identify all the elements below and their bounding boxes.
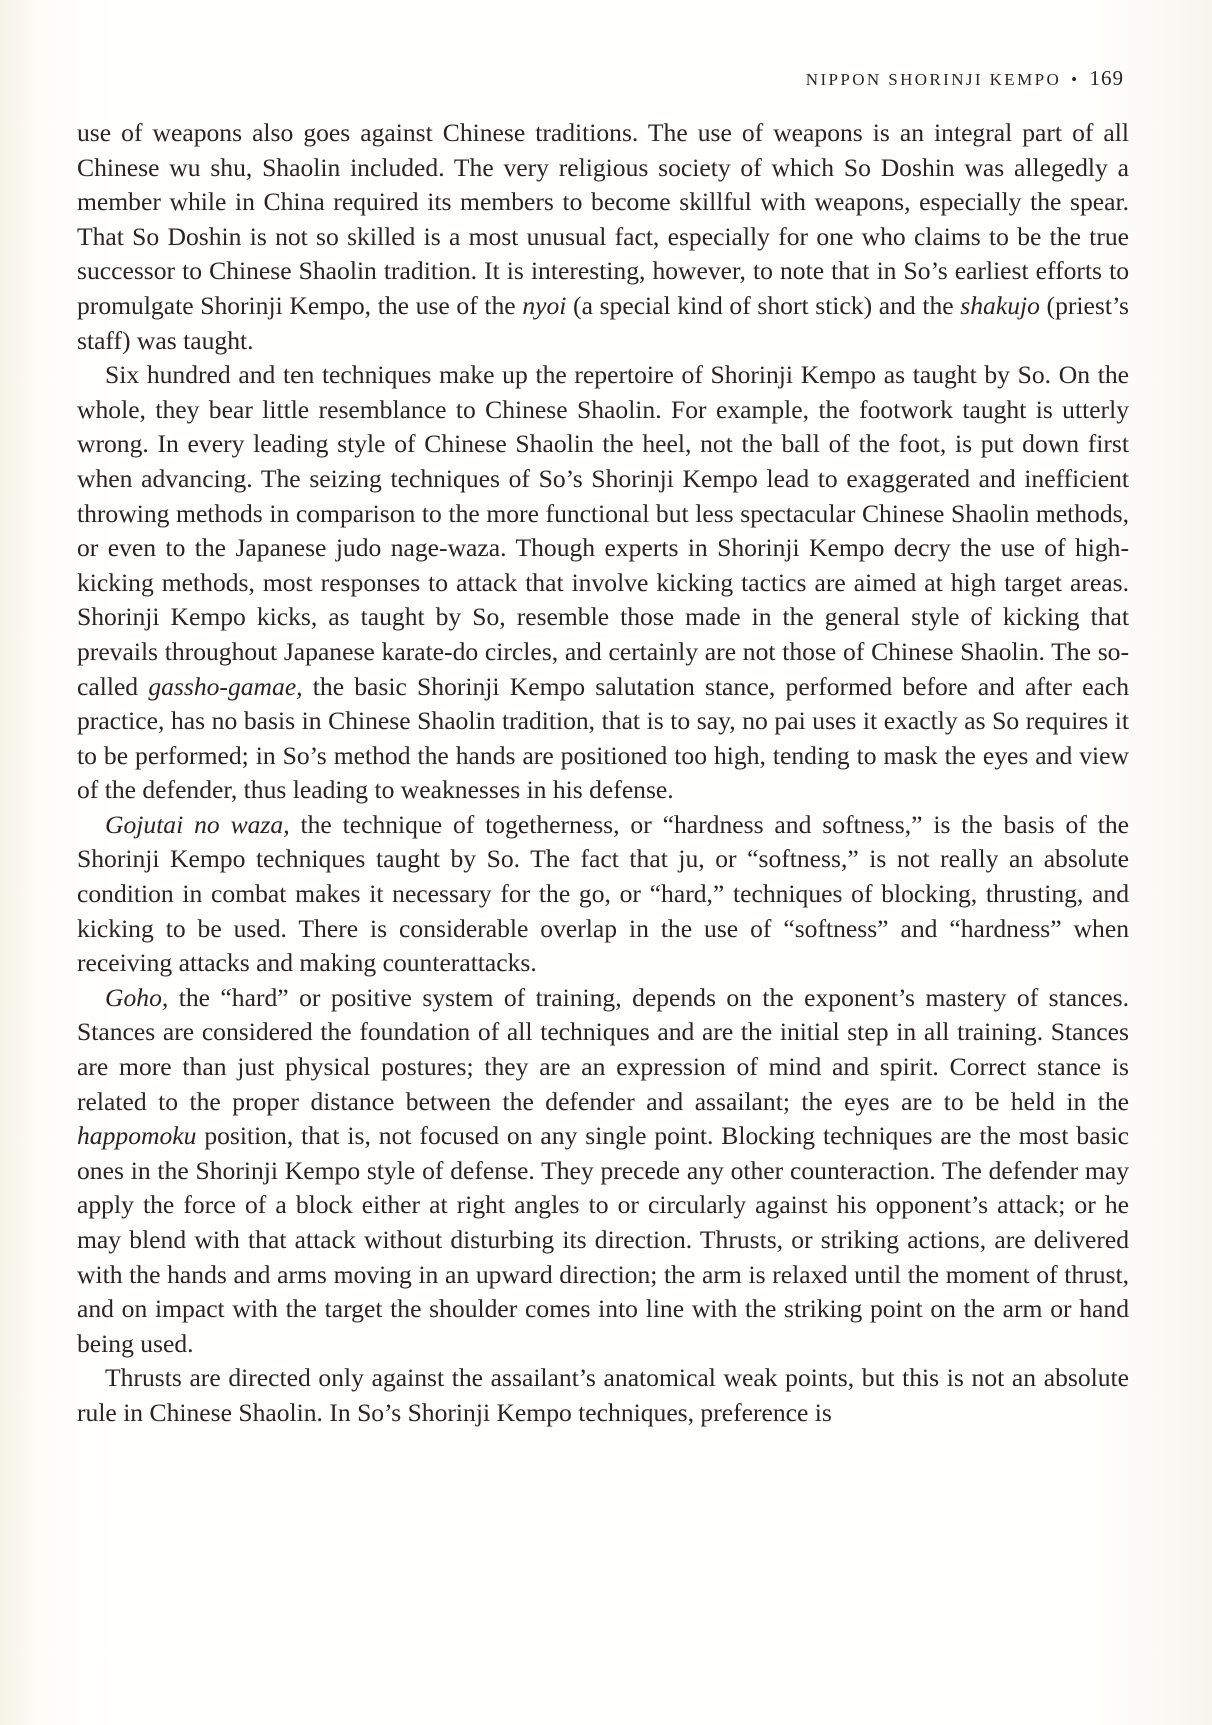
paragraph: Goho, the “hard” or positive system of t… (77, 981, 1129, 1362)
text-run: (a special kind of short stick) and the (566, 291, 960, 320)
body-text: use of weapons also goes against Chinese… (77, 116, 1129, 1431)
italic-term: shakujo (960, 291, 1040, 320)
paragraph: Six hundred and ten techniques make up t… (77, 358, 1129, 808)
paragraph: Gojutai no waza, the technique of togeth… (77, 808, 1129, 981)
text-run: the “hard” or positive system of trainin… (77, 983, 1129, 1116)
text-run: use of weapons also goes against Chinese… (77, 118, 1129, 320)
italic-term: nyoi (522, 291, 566, 320)
italic-term: Goho, (105, 983, 168, 1012)
paragraph: use of weapons also goes against Chinese… (77, 116, 1129, 358)
text-run: Six hundred and ten techniques make up t… (77, 360, 1129, 700)
paragraph: Thrusts are directed only against the as… (77, 1361, 1129, 1430)
page-number: 169 (1090, 66, 1125, 90)
book-page: NIPPON SHORINJI KEMPO•169 use of weapons… (0, 0, 1212, 1725)
text-run: position, that is, not focused on any si… (77, 1121, 1129, 1358)
bullet-separator: • (1071, 70, 1079, 89)
italic-term: Gojutai no waza, (105, 810, 290, 839)
text-run: Thrusts are directed only against the as… (77, 1363, 1129, 1427)
running-head: NIPPON SHORINJI KEMPO•169 (806, 66, 1124, 91)
running-head-title: NIPPON SHORINJI KEMPO (806, 70, 1061, 89)
italic-term: happomoku (77, 1121, 196, 1150)
italic-term: gassho-gamae, (148, 672, 302, 701)
